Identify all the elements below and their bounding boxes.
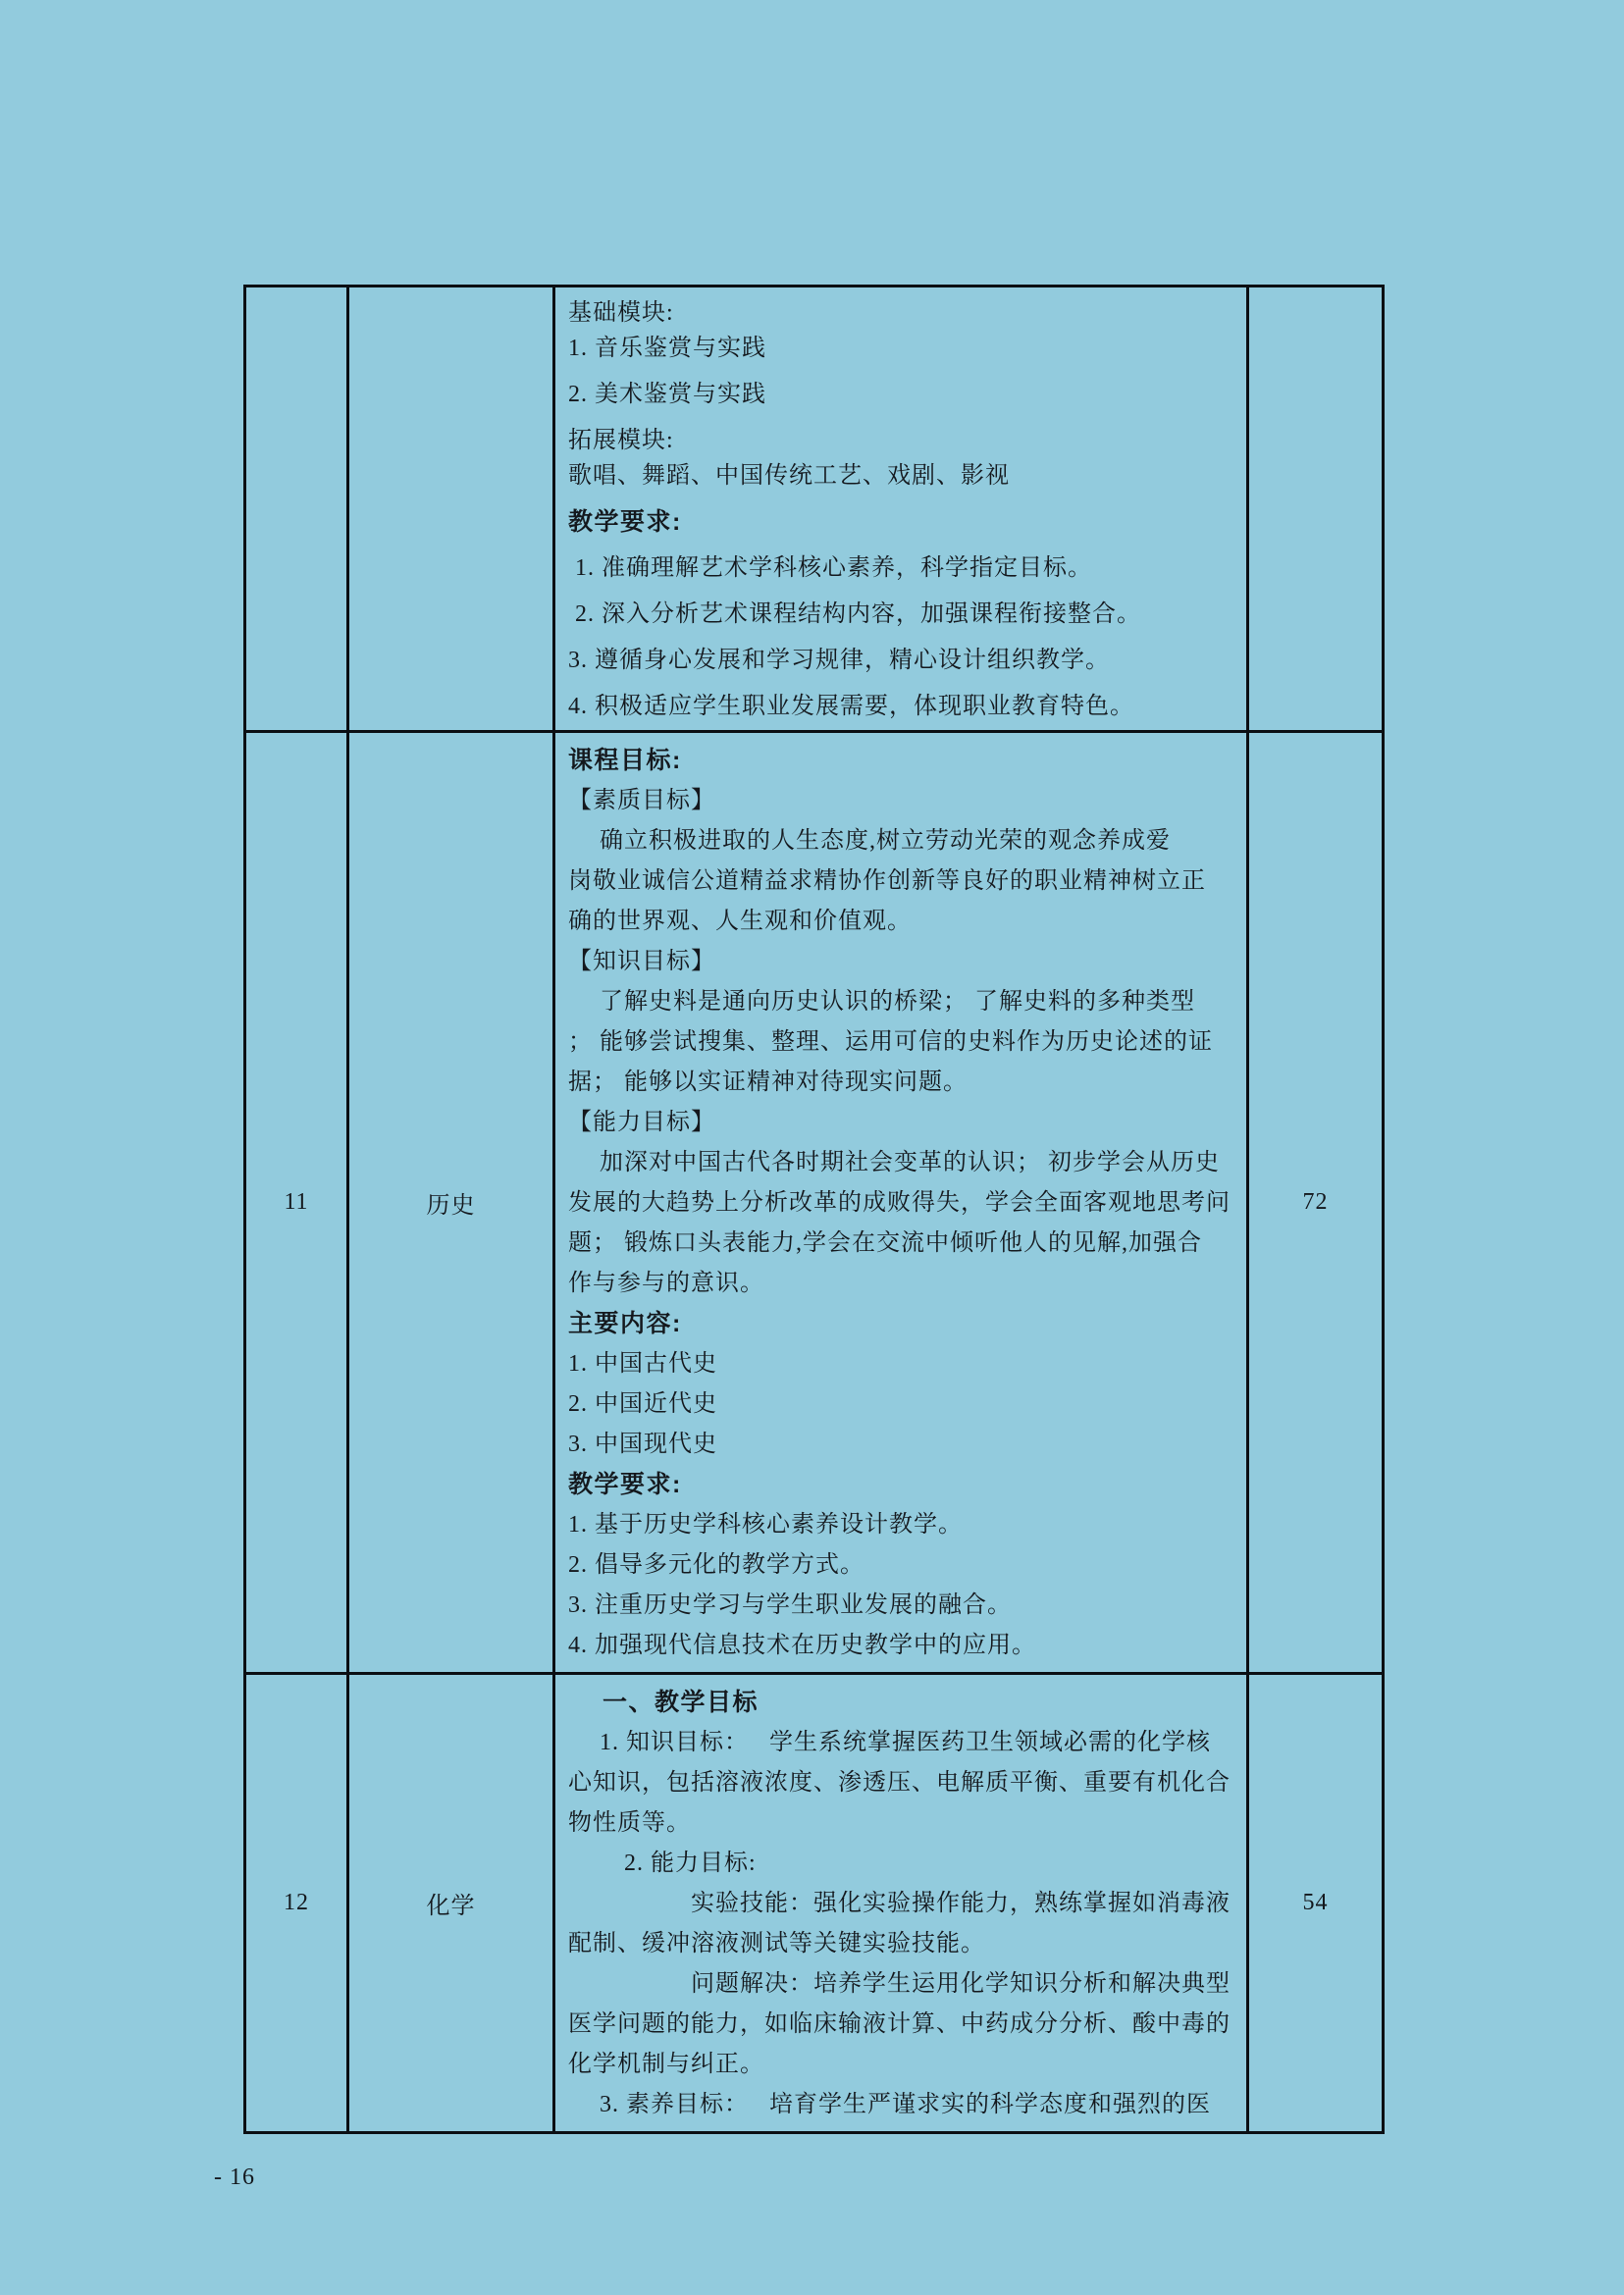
content-heading-line: 一、教学目标	[568, 1683, 1236, 1723]
content-line: 【素质目标】	[568, 781, 1236, 821]
content-line: 4. 积极适应学生职业发展需要，体现职业教育特色。	[568, 689, 1236, 724]
content-line: 【知识目标】	[568, 942, 1236, 982]
content-line: 2. 中国近代史	[568, 1384, 1236, 1425]
content-line: 2. 深入分析艺术课程结构内容，加强课程衔接整合。	[568, 597, 1236, 632]
content-line: 物性质等。	[568, 1803, 1236, 1844]
course-table-body: 基础模块:1. 音乐鉴赏与实践2. 美术鉴赏与实践拓展模块:歌唱、舞蹈、中国传统…	[245, 287, 1384, 2133]
content-line: 3. 遵循身心发展和学习规律，精心设计组织教学。	[568, 643, 1236, 678]
content-line: 1. 知识目标： 学生系统掌握医药卫生领域必需的化学核	[568, 1723, 1236, 1763]
content-heading-line: 课程目标:	[568, 741, 1236, 781]
subject-cell: 化学	[348, 1674, 554, 2133]
table-row: 11历史课程目标:【素质目标】 确立积极进取的人生态度,树立劳动光荣的观念养成爱…	[245, 732, 1384, 1674]
content-cell: 一、教学目标 1. 知识目标： 学生系统掌握医药卫生领域必需的化学核心知识，包括…	[554, 1674, 1248, 2133]
course-table: 基础模块:1. 音乐鉴赏与实践2. 美术鉴赏与实践拓展模块:歌唱、舞蹈、中国传统…	[243, 285, 1385, 2134]
content-line: 化学机制与纠正。	[568, 2045, 1236, 2085]
content-heading-line: 教学要求:	[568, 1465, 1236, 1505]
content-line: 拓展模块:	[568, 423, 1236, 458]
row-number-cell: 11	[245, 732, 348, 1674]
content-line: 发展的大趋势上分析改革的成败得失，学会全面客观地思考问	[568, 1183, 1236, 1224]
subject-cell	[348, 287, 554, 732]
content-line: 实验技能：强化实验操作能力，熟练掌握如消毒液	[568, 1884, 1236, 1924]
content-line: ； 能够尝试搜集、整理、运用可信的史料作为历史论述的证	[568, 1022, 1236, 1063]
content-line: 4. 加强现代信息技术在历史教学中的应用。	[568, 1626, 1236, 1666]
page-number: - 16	[214, 2165, 255, 2191]
content-line: 配制、缓冲溶液测试等关键实验技能。	[568, 1924, 1236, 1964]
content-line: 作与参与的意识。	[568, 1264, 1236, 1304]
content-cell: 基础模块:1. 音乐鉴赏与实践2. 美术鉴赏与实践拓展模块:歌唱、舞蹈、中国传统…	[554, 287, 1248, 732]
content-line: 1. 中国古代史	[568, 1344, 1236, 1384]
content-line: 据； 能够以实证精神对待现实问题。	[568, 1063, 1236, 1103]
subject-cell: 历史	[348, 732, 554, 1674]
content-line: 2. 能力目标:	[568, 1844, 1236, 1884]
row-number-cell: 12	[245, 1674, 348, 2133]
content-heading-line: 教学要求:	[568, 504, 1236, 540]
content-line: 了解史料是通向历史认识的桥梁； 了解史料的多种类型	[568, 982, 1236, 1022]
content-line: 题； 锻炼口头表能力,学会在交流中倾听他人的见解,加强合	[568, 1224, 1236, 1264]
content-line: 1. 音乐鉴赏与实践	[568, 331, 1236, 366]
content-line: 2. 倡导多元化的教学方式。	[568, 1545, 1236, 1586]
content-line: 确的世界观、人生观和价值观。	[568, 902, 1236, 942]
content-line: 问题解决：培养学生运用化学知识分析和解决典型	[568, 1964, 1236, 2005]
hours-cell: 72	[1248, 732, 1384, 1674]
content-cell: 课程目标:【素质目标】 确立积极进取的人生态度,树立劳动光荣的观念养成爱岗敬业诚…	[554, 732, 1248, 1674]
content-line: 岗敬业诚信公道精益求精协作创新等良好的职业精神树立正	[568, 861, 1236, 902]
table-row: 基础模块:1. 音乐鉴赏与实践2. 美术鉴赏与实践拓展模块:歌唱、舞蹈、中国传统…	[245, 287, 1384, 732]
content-line: 加深对中国古代各时期社会变革的认识； 初步学会从历史	[568, 1143, 1236, 1183]
hours-cell: 54	[1248, 1674, 1384, 2133]
content-heading-line: 主要内容:	[568, 1304, 1236, 1344]
content-line: 医学问题的能力，如临床输液计算、中药成分分析、酸中毒的	[568, 2005, 1236, 2045]
document-page: 基础模块:1. 音乐鉴赏与实践2. 美术鉴赏与实践拓展模块:歌唱、舞蹈、中国传统…	[0, 0, 1624, 2295]
content-line: 歌唱、舞蹈、中国传统工艺、戏剧、影视	[568, 458, 1236, 494]
content-line: 心知识，包括溶液浓度、渗透压、电解质平衡、重要有机化合	[568, 1763, 1236, 1803]
content-line: 1. 基于历史学科核心素养设计教学。	[568, 1505, 1236, 1545]
table-row: 12化学 一、教学目标 1. 知识目标： 学生系统掌握医药卫生领域必需的化学核心…	[245, 1674, 1384, 2133]
content-line: 确立积极进取的人生态度,树立劳动光荣的观念养成爱	[568, 821, 1236, 861]
content-line: 3. 中国现代史	[568, 1425, 1236, 1465]
content-line: 1. 准确理解艺术学科核心素养，科学指定目标。	[568, 550, 1236, 586]
content-line: 2. 美术鉴赏与实践	[568, 377, 1236, 412]
hours-cell	[1248, 287, 1384, 732]
content-line: 3. 注重历史学习与学生职业发展的融合。	[568, 1586, 1236, 1626]
row-number-cell	[245, 287, 348, 732]
content-line: 基础模块:	[568, 295, 1236, 331]
content-line: 【能力目标】	[568, 1103, 1236, 1143]
content-line: 3. 素养目标： 培育学生严谨求实的科学态度和强烈的医	[568, 2085, 1236, 2125]
